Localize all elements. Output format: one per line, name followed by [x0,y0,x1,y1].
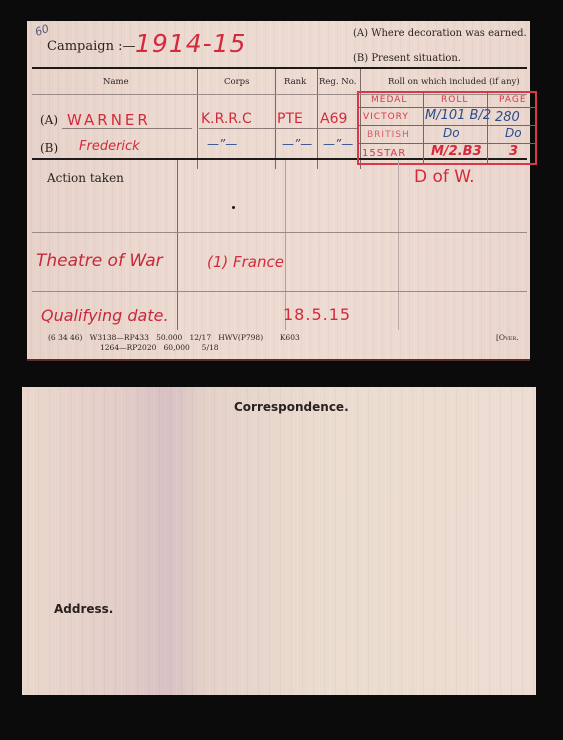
divider-rank [275,69,276,169]
forename: Frederick [79,139,140,154]
rank-value: PTE [277,111,303,127]
printer-imprint-line-1: (6 34 46) W3138—RP433 50.000 12/17 HWV(P… [48,333,300,342]
victory-page: 280 [495,110,520,125]
corner-note: 60 [33,22,51,39]
british-page: Do [505,126,522,140]
campaign-label: Campaign :— [47,39,135,54]
action-rule [32,232,527,233]
action-taken-label: Action taken [47,171,124,185]
victory-roll: M/101 B/2 [425,108,491,123]
name-underline [62,128,192,129]
stamp-medal-15-star: 15STAR [362,148,406,159]
address-label: Address. [54,602,113,616]
row-a-marker: (A) [40,113,58,127]
printer-imprint-line-2: 1264—RP2020 60,000 5/18 [100,343,219,352]
qualifying-date-value: 18.5.15 [283,305,351,324]
medal-card-front: 60 Campaign :— 1914-15 (A) Where decorat… [27,21,530,361]
corps-value: K.R.R.C [201,111,252,127]
column-roll: Roll on which included (if any) [388,77,520,87]
theatre-rule [32,291,527,292]
corps-ditto: —”— [207,137,237,151]
star-page: 3 [509,144,518,159]
rank-ditto: —”— [282,137,312,151]
column-reg-no: Reg. No. [319,77,356,87]
column-rank: Rank [284,77,306,87]
medal-card-back: Correspondence. Address. [22,387,536,695]
theatre-of-war-value: (1) France [207,253,284,271]
reg-no-ditto: —”— [323,137,353,151]
column-name: Name [103,77,129,87]
over-label: [Over. [496,333,518,342]
stamp-header-roll: ROLL [441,95,468,105]
surname: WARNER [67,111,151,129]
row-a-underline [199,128,359,129]
divider-corps [197,69,198,169]
stamp-header-medal: MEDAL [371,95,407,105]
header-rule [32,67,527,69]
reg-no-value: A69 [320,111,347,127]
remarks-died-of-wounds: D of W. [414,167,475,187]
header-present-situation: (B) Present situation. [353,53,461,64]
divider-lower-left [177,160,178,330]
column-corps: Corps [224,77,250,87]
ink-dot [232,206,235,209]
qualifying-date-label: Qualifying date. [41,306,169,325]
medal-roll-stamp: MEDAL ROLL PAGE VICTORY M/101 B/2 280 BR… [357,91,537,165]
divider-reg [317,69,318,169]
star-roll: M/2.B3 [431,144,482,159]
campaign-value: 1914-15 [135,29,246,58]
divider-lower-right [398,160,399,330]
correspondence-label: Correspondence. [234,400,349,414]
theatre-of-war-label: Theatre of War [36,251,163,271]
british-roll: Do [443,126,460,140]
stamp-medal-british: BRITISH [367,130,410,140]
stamp-medal-victory: VICTORY [363,112,409,122]
stamp-header-page: PAGE [499,95,527,105]
row-b-marker: (B) [40,141,58,155]
header-where-earned: (A) Where decoration was earned. [353,28,527,39]
